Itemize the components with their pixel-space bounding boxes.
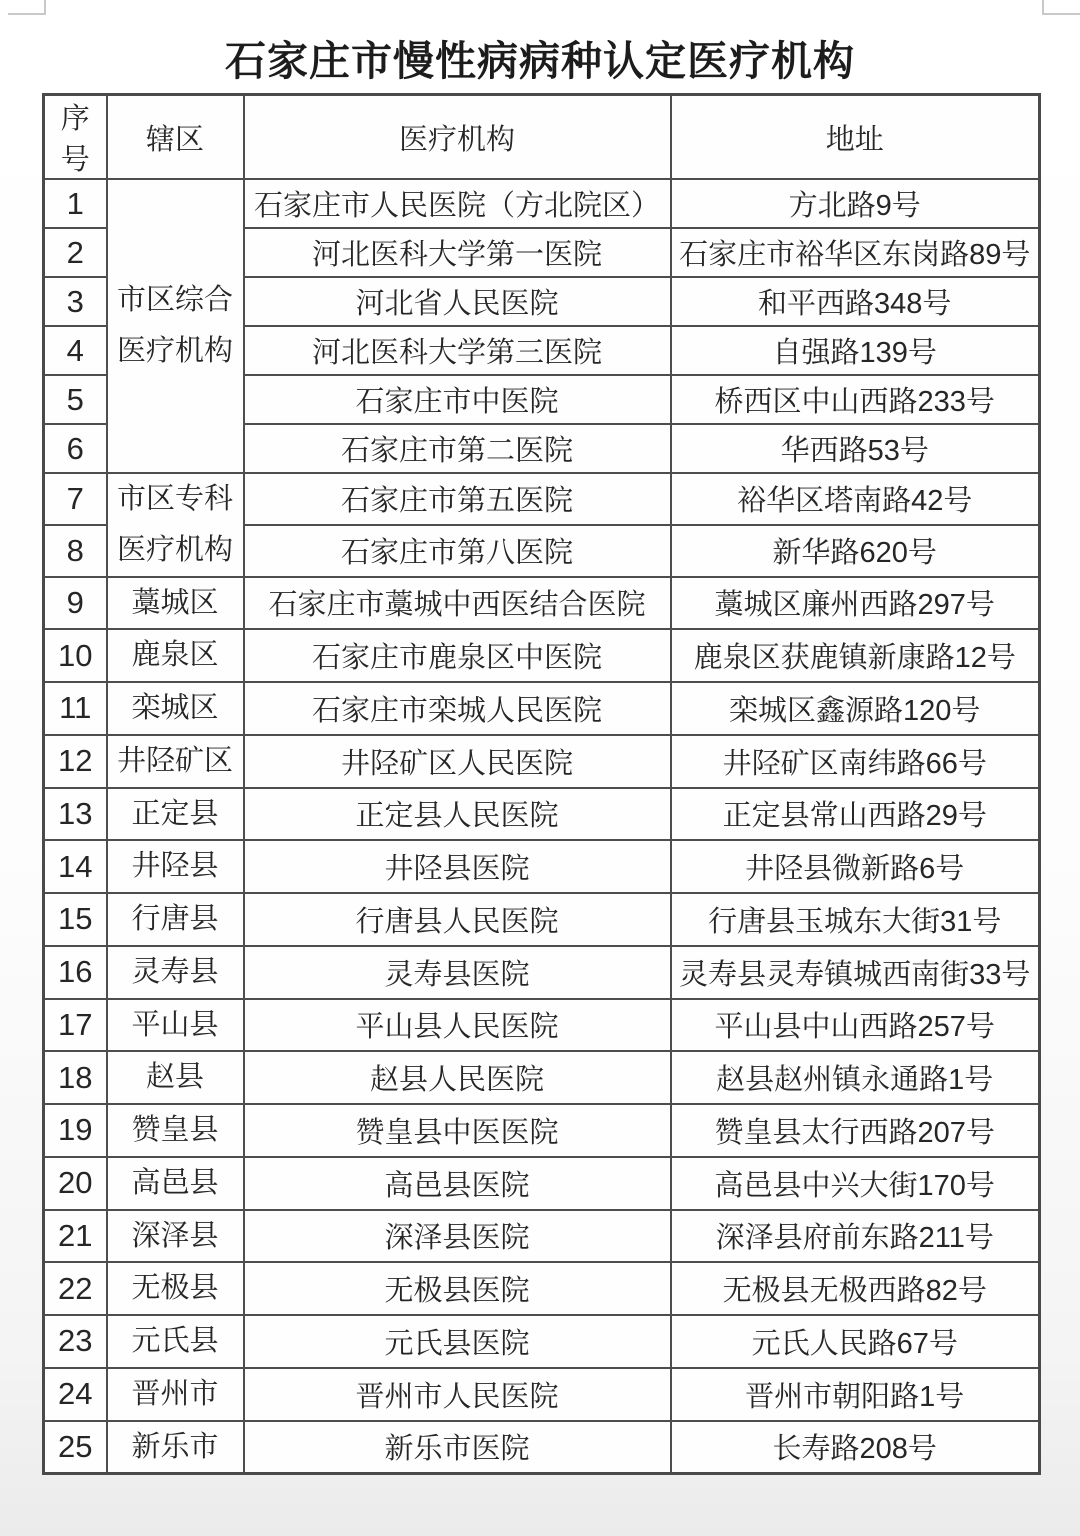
table-row: 15行唐县行唐县人民医院行唐县玉城东大街31号 — [44, 893, 1040, 946]
table-row: 14井陉县井陉县医院井陉县微新路6号 — [44, 840, 1040, 893]
hospital-cell: 灵寿县医院 — [244, 946, 671, 999]
address-cell: 元氏人民路67号 — [671, 1315, 1040, 1368]
row-number-cell: 7 — [44, 473, 107, 525]
address-cell: 长寿路208号 — [671, 1421, 1040, 1474]
hospital-cell: 石家庄市鹿泉区中医院 — [244, 629, 671, 682]
row-number-cell: 1 — [44, 179, 107, 228]
address-cell: 晋州市朝阳路1号 — [671, 1368, 1040, 1421]
hospital-cell: 石家庄市第五医院 — [244, 473, 671, 525]
address-cell: 高邑县中兴大街170号 — [671, 1157, 1040, 1210]
district-cell: 晋州市 — [107, 1368, 244, 1421]
table-row: 1市区综合医疗机构石家庄市人民医院（方北院区）方北路9号 — [44, 179, 1040, 228]
address-cell: 平山县中山西路257号 — [671, 999, 1040, 1052]
row-number-cell: 4 — [44, 326, 107, 375]
row-number-cell: 12 — [44, 735, 107, 788]
district-cell: 元氏县 — [107, 1315, 244, 1368]
district-cell: 新乐市 — [107, 1421, 244, 1474]
table-row: 19赞皇县赞皇县中医医院赞皇县太行西路207号 — [44, 1104, 1040, 1157]
district-cell: 栾城区 — [107, 682, 244, 735]
header-row: 序号 辖区 医疗机构 地址 — [44, 95, 1040, 180]
row-number-cell: 21 — [44, 1210, 107, 1263]
row-number-cell: 20 — [44, 1157, 107, 1210]
hospital-cell: 深泽县医院 — [244, 1210, 671, 1263]
table-body: 1市区综合医疗机构石家庄市人民医院（方北院区）方北路9号2河北医科大学第一医院石… — [44, 179, 1040, 1474]
row-number-cell: 23 — [44, 1315, 107, 1368]
row-number-cell: 18 — [44, 1051, 107, 1104]
table-row: 10鹿泉区石家庄市鹿泉区中医院鹿泉区获鹿镇新康路12号 — [44, 629, 1040, 682]
address-cell: 鹿泉区获鹿镇新康路12号 — [671, 629, 1040, 682]
address-cell: 无极县无极西路82号 — [671, 1262, 1040, 1315]
district-cell: 灵寿县 — [107, 946, 244, 999]
address-cell: 正定县常山西路29号 — [671, 788, 1040, 841]
hospital-cell: 石家庄市中医院 — [244, 375, 671, 424]
table-row: 16灵寿县灵寿县医院灵寿县灵寿镇城西南街33号 — [44, 946, 1040, 999]
table-row: 20高邑县高邑县医院高邑县中兴大街170号 — [44, 1157, 1040, 1210]
district-cell: 赵县 — [107, 1051, 244, 1104]
table-row: 22无极县无极县医院无极县无极西路82号 — [44, 1262, 1040, 1315]
hospital-cell: 石家庄市藁城中西医结合医院 — [244, 577, 671, 630]
row-number-cell: 6 — [44, 424, 107, 473]
hospital-cell: 行唐县人民医院 — [244, 893, 671, 946]
address-cell: 新华路620号 — [671, 525, 1040, 577]
row-number-cell: 17 — [44, 999, 107, 1052]
hospital-cell: 河北医科大学第一医院 — [244, 228, 671, 277]
hospital-cell: 高邑县医院 — [244, 1157, 671, 1210]
header-cell-address: 地址 — [671, 95, 1040, 180]
district-cell: 正定县 — [107, 788, 244, 841]
district-cell: 高邑县 — [107, 1157, 244, 1210]
address-cell: 井陉矿区南纬路66号 — [671, 735, 1040, 788]
district-cell: 平山县 — [107, 999, 244, 1052]
table-row: 17平山县平山县人民医院平山县中山西路257号 — [44, 999, 1040, 1052]
header-cell-district: 辖区 — [107, 95, 244, 180]
cropped-table-corner-right — [1042, 0, 1080, 15]
address-cell: 赞皇县太行西路207号 — [671, 1104, 1040, 1157]
row-number-cell: 5 — [44, 375, 107, 424]
row-number-cell: 13 — [44, 788, 107, 841]
page-title: 石家庄市慢性病病种认定医疗机构 — [0, 28, 1080, 87]
table-row: 25新乐市新乐市医院长寿路208号 — [44, 1421, 1040, 1474]
hospital-cell: 石家庄市栾城人民医院 — [244, 682, 671, 735]
address-cell: 石家庄市裕华区东岗路89号 — [671, 228, 1040, 277]
address-cell: 自强路139号 — [671, 326, 1040, 375]
address-cell: 井陉县微新路6号 — [671, 840, 1040, 893]
hospital-cell: 新乐市医院 — [244, 1421, 671, 1474]
row-number-cell: 25 — [44, 1421, 107, 1474]
hospital-cell: 无极县医院 — [244, 1262, 671, 1315]
district-cell: 市区专科医疗机构 — [107, 473, 244, 577]
address-cell: 和平西路348号 — [671, 277, 1040, 326]
row-number-cell: 24 — [44, 1368, 107, 1421]
address-cell: 赵县赵州镇永通路1号 — [671, 1051, 1040, 1104]
hospital-cell: 井陉县医院 — [244, 840, 671, 893]
hospital-cell: 石家庄市第二医院 — [244, 424, 671, 473]
address-cell: 华西路53号 — [671, 424, 1040, 473]
district-cell: 藁城区 — [107, 577, 244, 630]
address-cell: 裕华区塔南路42号 — [671, 473, 1040, 525]
hospital-cell: 晋州市人民医院 — [244, 1368, 671, 1421]
district-cell: 鹿泉区 — [107, 629, 244, 682]
hospital-cell: 河北省人民医院 — [244, 277, 671, 326]
row-number-cell: 15 — [44, 893, 107, 946]
header-cell-hospital: 医疗机构 — [244, 95, 671, 180]
row-number-cell: 16 — [44, 946, 107, 999]
table-header: 序号 辖区 医疗机构 地址 — [44, 95, 1040, 180]
district-cell: 无极县 — [107, 1262, 244, 1315]
row-number-cell: 8 — [44, 525, 107, 577]
hospital-cell: 井陉矿区人民医院 — [244, 735, 671, 788]
district-cell: 市区综合医疗机构 — [107, 179, 244, 473]
table-row: 12井陉矿区井陉矿区人民医院井陉矿区南纬路66号 — [44, 735, 1040, 788]
district-cell: 井陉矿区 — [107, 735, 244, 788]
table-row: 18赵县赵县人民医院赵县赵州镇永通路1号 — [44, 1051, 1040, 1104]
medical-institutions-table: 序号 辖区 医疗机构 地址 1市区综合医疗机构石家庄市人民医院（方北院区）方北路… — [42, 93, 1041, 1475]
hospital-cell: 赵县人民医院 — [244, 1051, 671, 1104]
district-cell: 深泽县 — [107, 1210, 244, 1263]
table-row: 21深泽县深泽县医院深泽县府前东路211号 — [44, 1210, 1040, 1263]
row-number-cell: 11 — [44, 682, 107, 735]
district-cell: 赞皇县 — [107, 1104, 244, 1157]
row-number-cell: 2 — [44, 228, 107, 277]
address-cell: 行唐县玉城东大街31号 — [671, 893, 1040, 946]
hospital-cell: 石家庄市人民医院（方北院区） — [244, 179, 671, 228]
cropped-table-corner-left — [8, 0, 46, 15]
address-cell: 深泽县府前东路211号 — [671, 1210, 1040, 1263]
table-row: 24晋州市晋州市人民医院晋州市朝阳路1号 — [44, 1368, 1040, 1421]
table-row: 11栾城区石家庄市栾城人民医院栾城区鑫源路120号 — [44, 682, 1040, 735]
address-cell: 灵寿县灵寿镇城西南街33号 — [671, 946, 1040, 999]
row-number-cell: 22 — [44, 1262, 107, 1315]
address-cell: 藁城区廉州西路297号 — [671, 577, 1040, 630]
row-number-cell: 9 — [44, 577, 107, 630]
address-cell: 栾城区鑫源路120号 — [671, 682, 1040, 735]
table-row: 9藁城区石家庄市藁城中西医结合医院藁城区廉州西路297号 — [44, 577, 1040, 630]
hospital-cell: 平山县人民医院 — [244, 999, 671, 1052]
row-number-cell: 10 — [44, 629, 107, 682]
hospital-cell: 赞皇县中医医院 — [244, 1104, 671, 1157]
hospital-cell: 元氏县医院 — [244, 1315, 671, 1368]
table-row: 23元氏县元氏县医院元氏人民路67号 — [44, 1315, 1040, 1368]
header-cell-number: 序号 — [44, 95, 107, 180]
hospital-cell: 河北医科大学第三医院 — [244, 326, 671, 375]
table-row: 7市区专科医疗机构石家庄市第五医院裕华区塔南路42号 — [44, 473, 1040, 525]
table-row: 13正定县正定县人民医院正定县常山西路29号 — [44, 788, 1040, 841]
address-cell: 桥西区中山西路233号 — [671, 375, 1040, 424]
row-number-cell: 3 — [44, 277, 107, 326]
row-number-cell: 19 — [44, 1104, 107, 1157]
district-cell: 井陉县 — [107, 840, 244, 893]
address-cell: 方北路9号 — [671, 179, 1040, 228]
hospital-cell: 石家庄市第八医院 — [244, 525, 671, 577]
row-number-cell: 14 — [44, 840, 107, 893]
hospital-cell: 正定县人民医院 — [244, 788, 671, 841]
district-cell: 行唐县 — [107, 893, 244, 946]
